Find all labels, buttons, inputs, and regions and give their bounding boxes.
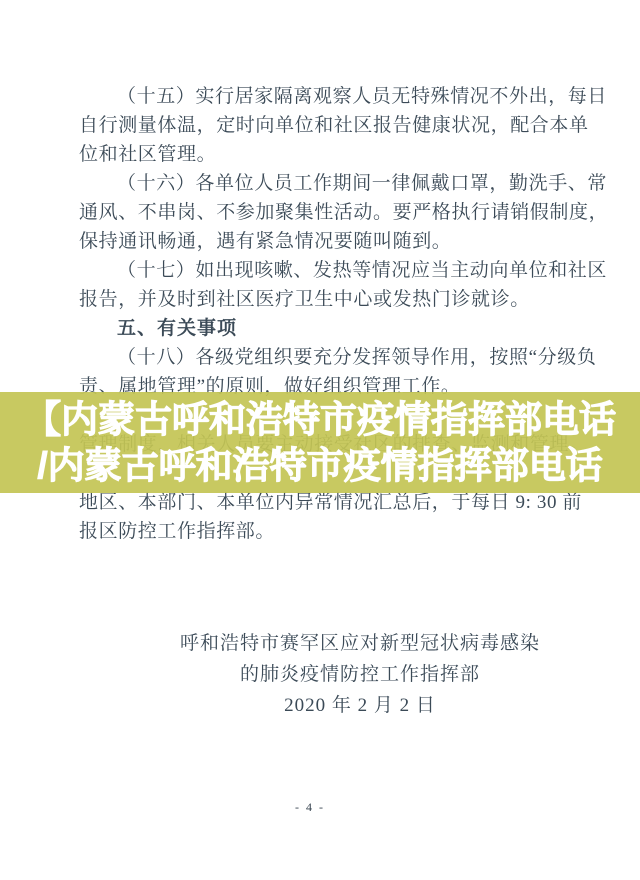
signature-date: 2020 年 2 月 2 日 xyxy=(130,690,590,721)
doc-line: 自行测量体温，定时向单位和社区报告健康状况，配合本单 xyxy=(79,111,565,140)
doc-line: （十八）各级党组织要充分发挥领导作用，按照“分级负 xyxy=(79,343,565,372)
headline-overlay-banner: 【内蒙古呼和浩特市疫情指挥部电话 /内蒙古呼和浩特市疫情指挥部电话 xyxy=(0,392,640,493)
signature-block: 呼和浩特市赛罕区应对新型冠状病毒感染 的肺炎疫情防控工作指挥部 2020 年 2… xyxy=(130,628,590,721)
document-page: （十五）实行居家隔离观察人员无特殊情况不外出，每日自行测量体温，定时向单位和社区… xyxy=(0,0,640,880)
signature-org-line-2: 的肺炎疫情防控工作指挥部 xyxy=(130,659,590,690)
doc-line: 保持通讯畅通，遇有紧急情况要随叫随到。 xyxy=(79,227,565,256)
doc-line: 位和社区管理。 xyxy=(79,140,565,169)
doc-line: （十六）各单位人员工作期间一律佩戴口罩，勤洗手、常 xyxy=(79,169,565,198)
doc-line: 五、有关事项 xyxy=(79,314,565,343)
doc-line: 通风、不串岗、不参加聚集性活动。要严格执行请销假制度， xyxy=(79,198,565,227)
page-number: - 4 - xyxy=(0,800,620,815)
headline-line-1: 【内蒙古呼和浩特市疫情指挥部电话 xyxy=(24,397,616,443)
doc-line: （十五）实行居家隔离观察人员无特殊情况不外出，每日 xyxy=(79,82,565,111)
doc-line: 报区防控工作指挥部。 xyxy=(79,517,565,546)
headline-line-2: /内蒙古呼和浩特市疫情指挥部电话 xyxy=(37,443,602,489)
signature-org-line-1: 呼和浩特市赛罕区应对新型冠状病毒感染 xyxy=(130,628,590,659)
doc-line: （十七）如出现咳嗽、发热等情况应当主动向单位和社区 xyxy=(79,256,565,285)
doc-line: 报告，并及时到社区医疗卫生中心或发热门诊就诊。 xyxy=(79,285,565,314)
